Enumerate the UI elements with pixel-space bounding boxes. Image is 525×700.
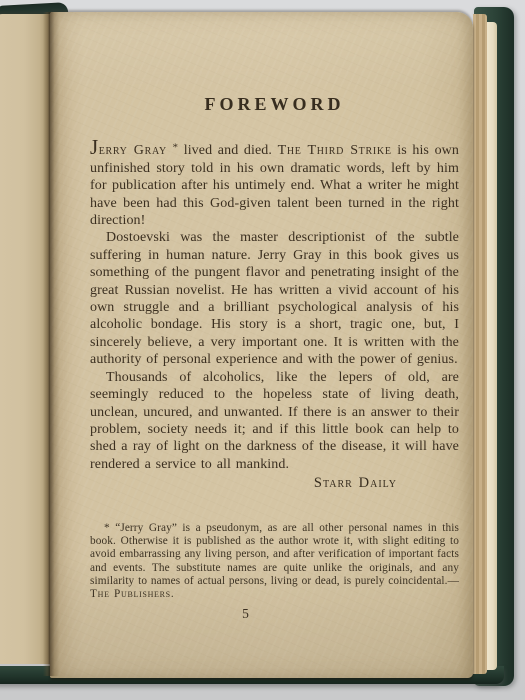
footnote: * “Jerry Gray” is a pseudonym, as are al… bbox=[90, 522, 459, 601]
foreword-heading: FOREWORD bbox=[90, 96, 459, 113]
left-page bbox=[0, 14, 50, 664]
page-text-block: FOREWORD Jerry Gray * lived and died. Th… bbox=[90, 12, 459, 493]
paragraph-2: Dostoevski was the master descriptionist… bbox=[90, 229, 459, 368]
page-number: 5 bbox=[90, 606, 459, 622]
paragraph-1: Jerry Gray * lived and died. The Third S… bbox=[90, 139, 459, 229]
right-page: FOREWORD Jerry Gray * lived and died. Th… bbox=[50, 12, 473, 678]
paragraph-3: Thousands of alcoholics, like the lepers… bbox=[90, 369, 459, 473]
page-footer: * “Jerry Gray” is a pseudonym, as are al… bbox=[90, 522, 459, 622]
flyleaf-edge bbox=[487, 22, 497, 670]
page-edges-stack bbox=[473, 14, 487, 674]
author-signature: Starr Daily bbox=[90, 475, 459, 492]
book-photo: FOREWORD Jerry Gray * lived and died. Th… bbox=[0, 0, 525, 700]
